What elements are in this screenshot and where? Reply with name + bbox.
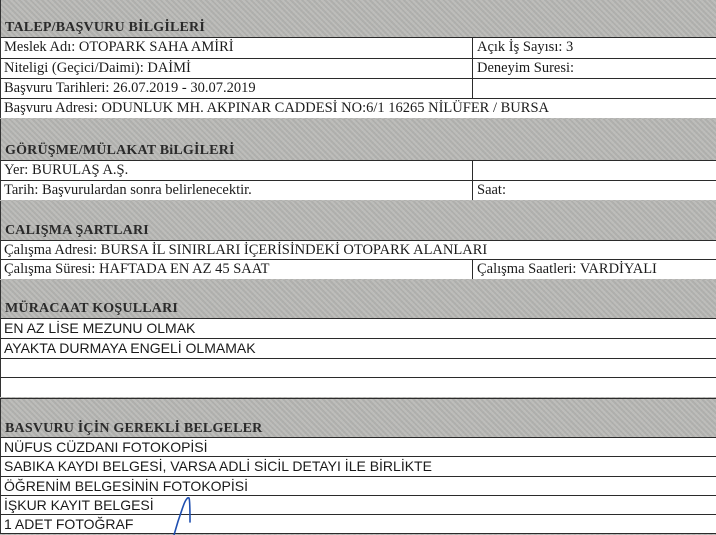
document-item: İŞKUR KAYIT BELGESİ — [1, 496, 716, 514]
table-row: ÖĞRENİM BELGESİNİN FOTOKOPİSİ — [0, 476, 716, 495]
experience-duration: Deneyim Suresi: — [472, 59, 716, 78]
table-row: Meslek Adı: OTOPARK SAHA AMİRİ Açık İş S… — [0, 37, 716, 58]
table-row: 1 ADET FOTOĞRAF — [0, 514, 716, 533]
table-row: Başvuru Tarihleri: 26.07.2019 - 30.07.20… — [0, 78, 716, 98]
document-item: ÖĞRENİM BELGESİNİN FOTOKOPİSİ — [1, 477, 716, 495]
table-row: Başvuru Adresi: ODUNLUK MH. AKPINAR CADD… — [0, 98, 716, 118]
section-header-gorusme-mulakat: GÖRÜŞME/MÜLAKAT BiLGİLERİ — [0, 119, 716, 160]
interview-time: Saat: — [472, 181, 716, 200]
table-bottom-rule — [0, 533, 716, 534]
requirement-item: AYAKTA DURMAYA ENGELİ OLMAMAK — [1, 339, 716, 358]
table-row: Yer: BURULAŞ A.Ş. — [0, 160, 716, 180]
section-title: CALIŞMA ŞARTLARI — [5, 223, 149, 239]
work-hours: Çalışma Saatleri: VARDİYALI — [472, 260, 716, 279]
table-row: Tarih: Başvurulardan sonra belirlenecekt… — [0, 180, 716, 200]
table-row: AYAKTA DURMAYA ENGELİ OLMAMAK — [0, 338, 716, 358]
section-header-calisma-sartlari: CALIŞMA ŞARTLARI — [0, 201, 716, 240]
document-item: SABIKA KAYDI BELGESİ, VARSA ADLİ SİCİL D… — [1, 457, 716, 476]
section-header-talep-basvuru: TALEP/BAŞVURU BİLGİLERİ — [0, 0, 716, 37]
document-item: NÜFUS CÜZDANI FOTOKOPİSİ — [1, 438, 716, 456]
open-positions-count: Açık İş Sayısı: 3 — [472, 38, 716, 58]
section-header-gerekli-belgeler: BASVURU İÇİN GEREKLİ BELGELER — [0, 398, 716, 438]
section-header-muracaat-kosullari: MÜRACAAT KOŞULLARI — [0, 280, 716, 318]
employment-type: Niteligi (Geçici/Daimi): DAİMİ — [1, 59, 472, 78]
interview-date: Tarih: Başvurulardan sonra belirlenecekt… — [1, 181, 472, 200]
work-duration: Çalışma Süresi: HAFTADA EN AZ 45 SAAT — [1, 260, 472, 279]
table-row — [0, 377, 716, 397]
table-row: İŞKUR KAYIT BELGESİ — [0, 495, 716, 514]
table-row: Çalışma Adresi: BURSA İL SINIRLARI İÇERİ… — [0, 240, 716, 259]
section-title: MÜRACAAT KOŞULLARI — [5, 301, 178, 317]
table-row — [0, 358, 716, 377]
job-posting-document: TALEP/BAŞVURU BİLGİLERİ Meslek Adı: OTOP… — [0, 0, 716, 535]
table-row: SABIKA KAYDI BELGESİ, VARSA ADLİ SİCİL D… — [0, 456, 716, 476]
work-address: Çalışma Adresi: BURSA İL SINIRLARI İÇERİ… — [1, 241, 716, 259]
requirement-item — [1, 359, 716, 377]
table-row: Niteligi (Geçici/Daimi): DAİMİ Deneyim S… — [0, 58, 716, 78]
application-address: Başvuru Adresi: ODUNLUK MH. AKPINAR CADD… — [1, 99, 716, 118]
empty-cell — [472, 79, 716, 98]
section-title: GÖRÜŞME/MÜLAKAT BiLGİLERİ — [5, 143, 235, 159]
table-row: Çalışma Süresi: HAFTADA EN AZ 45 SAAT Ça… — [0, 259, 716, 279]
table-row: NÜFUS CÜZDANI FOTOKOPİSİ — [0, 437, 716, 456]
application-dates: Başvuru Tarihleri: 26.07.2019 - 30.07.20… — [1, 79, 472, 98]
table-row: EN AZ LİSE MEZUNU OLMAK — [0, 318, 716, 338]
section-title: TALEP/BAŞVURU BİLGİLERİ — [5, 20, 205, 36]
requirement-item — [1, 378, 716, 397]
empty-cell — [472, 161, 716, 180]
requirement-item: EN AZ LİSE MEZUNU OLMAK — [1, 319, 716, 338]
interview-location: Yer: BURULAŞ A.Ş. — [1, 161, 472, 180]
document-item: 1 ADET FOTOĞRAF — [1, 515, 716, 533]
section-title: BASVURU İÇİN GEREKLİ BELGELER — [5, 421, 262, 437]
occupation-name: Meslek Adı: OTOPARK SAHA AMİRİ — [1, 38, 472, 58]
